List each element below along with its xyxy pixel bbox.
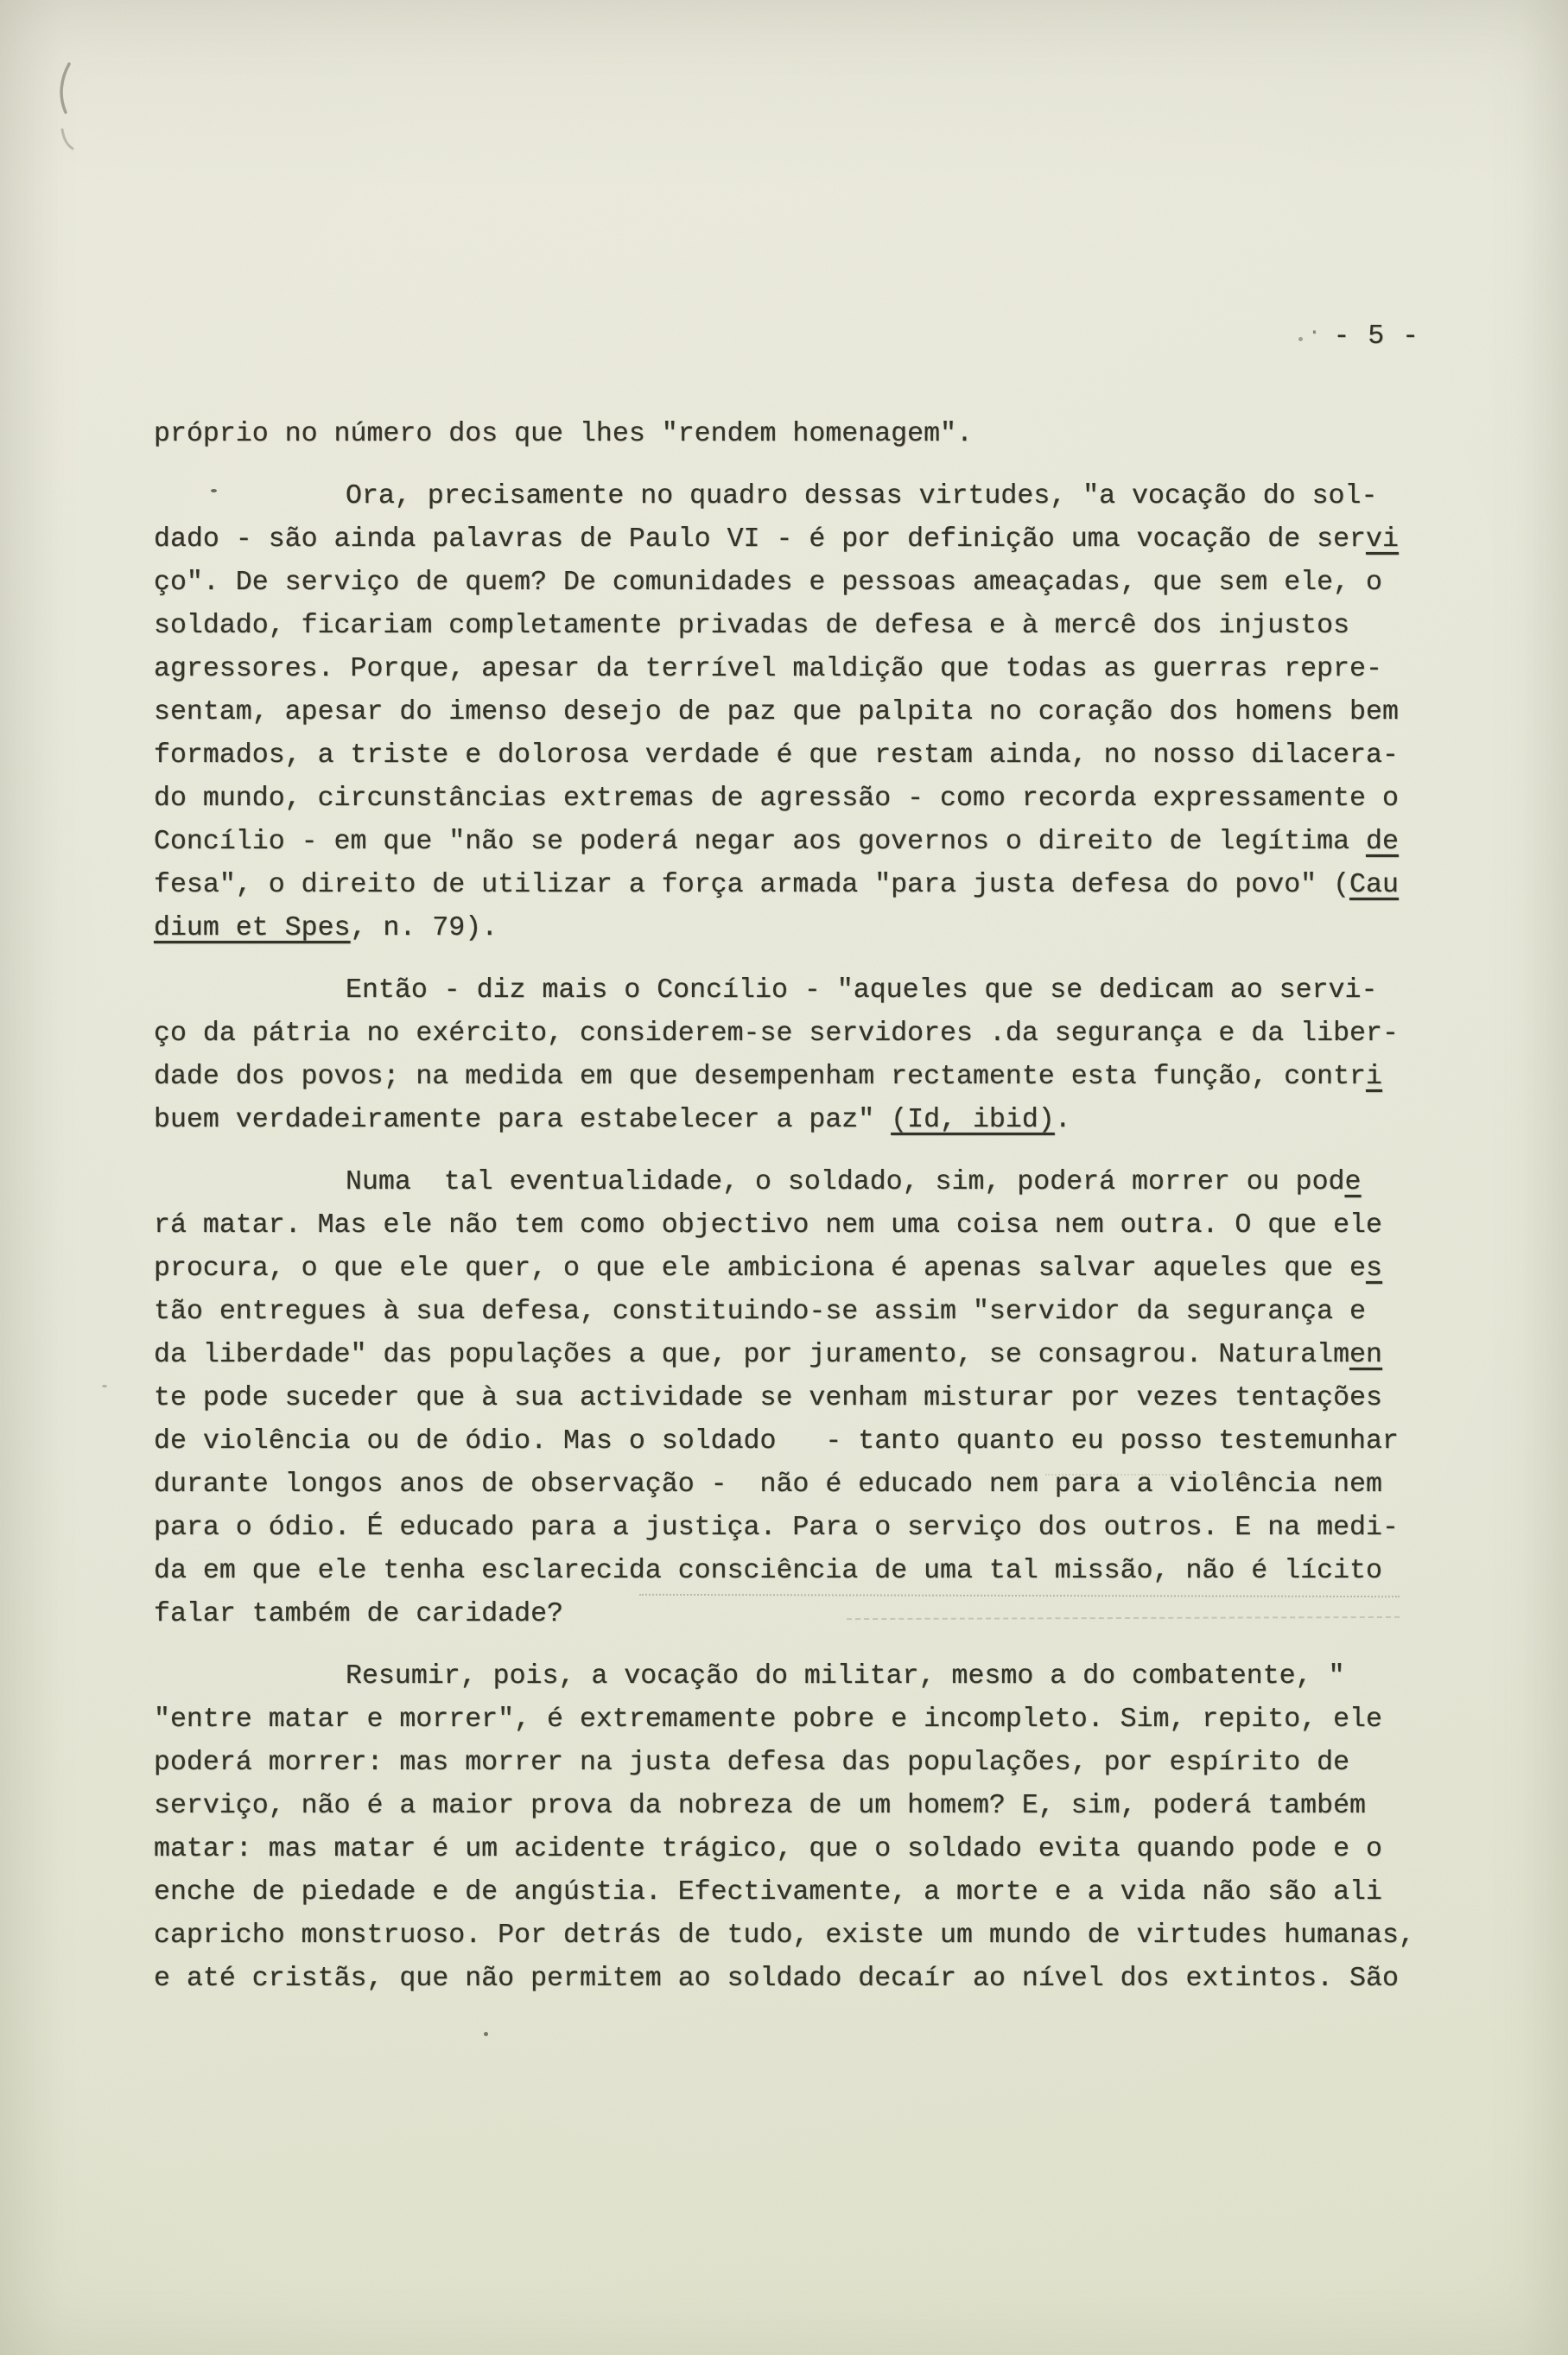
text-line: formados, a triste e dolorosa verdade é … [154,734,1464,778]
text-segment: "entre matar e morrer", é extremamente p… [154,1704,1382,1735]
text-segment: formados, a triste e dolorosa verdade é … [154,740,1399,771]
text-line: buem verdadeiramente para estabelecer a … [154,1099,1464,1142]
text-segment: . [1055,1105,1071,1135]
text-line: da liberdade" das populações a que, por … [154,1334,1464,1377]
text-line: da em que ele tenha esclarecida consciên… [154,1550,1464,1593]
text-line: ço". De serviço de quem? De comunidades … [154,562,1464,605]
text-line: soldado, ficariam completamente privadas… [154,605,1464,648]
text-segment: enche de piedade e de angústia. Efectiva… [154,1877,1382,1907]
document-text: próprio no número dos que lhes "rendem h… [154,413,1464,2001]
scan-artifact [1298,337,1303,341]
text-line: Ora, precisamente no quadro dessas virtu… [154,475,1464,518]
text-segment: procura, o que ele quer, o que ele ambic… [154,1254,1366,1284]
text-line: dium et Spes, n. 79). [154,907,1464,950]
text-segment: fesa", o direito de utilizar a força arm… [154,870,1349,900]
underlined-text: vi [1366,524,1399,555]
text-line: próprio no número dos que lhes "rendem h… [154,413,1464,456]
text-segment: dade dos povos; na medida em que desempe… [154,1062,1366,1092]
text-line: matar: mas matar é um acidente trágico, … [154,1828,1464,1871]
scan-artifact [102,1385,107,1387]
text-line: para o ódio. É educado para a justiça. P… [154,1507,1464,1550]
text-line: capricho monstruoso. Por detrás de tudo,… [154,1914,1464,1958]
text-line: ço da pátria no exército, considerem-se … [154,1012,1464,1056]
text-segment: agressores. Porque, apesar da terrível m… [154,654,1382,684]
text-segment: serviço, não é a maior prova da nobreza … [154,1791,1366,1821]
underlined-text: Cau [1349,870,1399,900]
scan-artifact [484,2032,488,2036]
page-number: ·- 5 - [1308,321,1419,352]
text-segment: Resumir, pois, a vocação do militar, mes… [346,1661,1345,1692]
text-segment: capricho monstruoso. Por detrás de tudo,… [154,1920,1415,1951]
underlined-text: en [1349,1340,1382,1370]
text-line: Então - diz mais o Concílio - "aqueles q… [154,969,1464,1012]
text-segment: falar também de caridade? [154,1599,563,1629]
underlined-text: (Id, ibid) [891,1105,1055,1135]
text-line: fesa", o direito de utilizar a força arm… [154,864,1464,907]
text-line: enche de piedade e de angústia. Efectiva… [154,1871,1464,1914]
text-segment: Concílio - em que "não se poderá negar a… [154,827,1366,857]
text-line: dade dos povos; na medida em que desempe… [154,1056,1464,1099]
text-line: Numa tal eventualidade, o soldado, sim, … [154,1161,1464,1204]
text-line: te pode suceder que à sua actividade se … [154,1377,1464,1420]
page-number-label: - 5 - [1333,321,1419,352]
text-segment: Numa tal eventualidade, o soldado, sim, … [346,1167,1345,1197]
text-segment: ço da pátria no exército, considerem-se … [154,1019,1399,1049]
text-segment: matar: mas matar é um acidente trágico, … [154,1834,1382,1864]
text-line: procura, o que ele quer, o que ele ambic… [154,1247,1464,1291]
text-segment: da em que ele tenha esclarecida consciên… [154,1556,1382,1586]
text-line: rá matar. Mas ele não tem como objectivo… [154,1204,1464,1247]
underlined-text: de [1366,827,1399,857]
text-segment: poderá morrer: mas morrer na justa defes… [154,1748,1349,1778]
text-segment: da liberdade" das populações a que, por … [154,1340,1349,1370]
text-segment: ço". De serviço de quem? De comunidades … [154,568,1382,598]
underlined-text: s [1366,1254,1382,1284]
text-line: falar também de caridade? [154,1593,1464,1636]
text-segment: do mundo, circunstâncias extremas de agr… [154,784,1399,814]
text-line: agressores. Porque, apesar da terrível m… [154,648,1464,691]
text-segment: , n. 79). [351,913,498,943]
text-line: Concílio - em que "não se poderá negar a… [154,821,1464,864]
text-segment: soldado, ficariam completamente privadas… [154,611,1349,641]
text-line: tão entregues à sua defesa, constituindo… [154,1291,1464,1334]
text-line: e até cristãs, que não permitem ao solda… [154,1958,1464,2001]
text-segment: para o ódio. É educado para a justiça. P… [154,1513,1399,1543]
text-segment: Ora, precisamente no quadro dessas virtu… [346,481,1377,511]
text-segment: tão entregues à sua defesa, constituindo… [154,1297,1366,1327]
underlined-text: i [1366,1062,1382,1092]
underlined-text: dium et Spes [154,913,351,943]
scanned-page: ·- 5 - próprio no número dos que lhes "r… [0,0,1568,2355]
scan-dot: · [1308,321,1321,345]
text-segment: sentam, apesar do imenso desejo de paz q… [154,697,1399,727]
underlined-text: e [1345,1167,1362,1197]
text-line: serviço, não é a maior prova da nobreza … [154,1785,1464,1828]
text-segment: de violência ou de ódio. Mas o soldado -… [154,1426,1399,1457]
text-segment: durante longos anos de observação - não … [154,1469,1382,1500]
text-line: poderá morrer: mas morrer na justa defes… [154,1742,1464,1785]
text-segment: próprio no número dos que lhes "rendem h… [154,419,973,449]
text-segment: rá matar. Mas ele não tem como objectivo… [154,1210,1382,1241]
text-line: dado - são ainda palavras de Paulo VI - … [154,518,1464,562]
text-segment: dado - são ainda palavras de Paulo VI - … [154,524,1366,555]
text-line: sentam, apesar do imenso desejo de paz q… [154,691,1464,734]
text-segment: te pode suceder que à sua actividade se … [154,1383,1382,1413]
text-line: Resumir, pois, a vocação do militar, mes… [154,1655,1464,1698]
text-line: "entre matar e morrer", é extremamente p… [154,1698,1464,1742]
text-line: de violência ou de ódio. Mas o soldado -… [154,1420,1464,1463]
pen-mark [43,59,104,154]
text-segment: buem verdadeiramente para estabelecer a … [154,1105,891,1135]
text-line: do mundo, circunstâncias extremas de agr… [154,778,1464,821]
text-line: durante longos anos de observação - não … [154,1463,1464,1507]
text-segment: Então - diz mais o Concílio - "aqueles q… [346,975,1377,1006]
text-segment: e até cristãs, que não permitem ao solda… [154,1964,1399,1994]
